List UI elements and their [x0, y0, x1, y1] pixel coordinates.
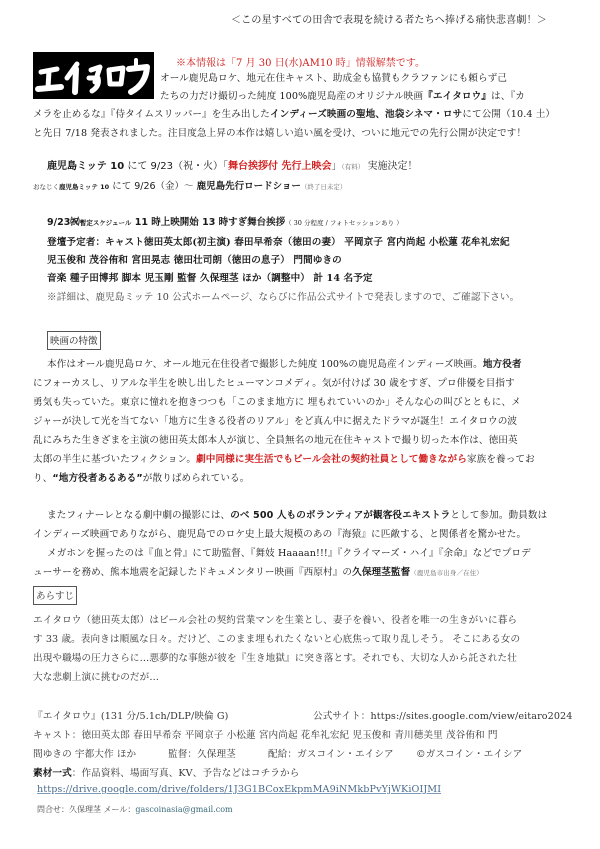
features-p1-line-6: 太郎の半生に基づいたフィクション。劇中同様に実生活でもビール会社の契約社員として… [33, 451, 535, 465]
guests-line-2: 児玉俊和 茂谷侑和 宮田晃志 徳田壮司朗（徳田の息子） 門間ゆきの [47, 252, 342, 266]
also-text: おなじく [33, 183, 59, 191]
theater-name: 鹿児島ミッテ 10 [47, 161, 124, 172]
features-p2-line-1: またフィナーレとなる劇中劇の撮影には、のべ 500 人ものボランティアが観客役エ… [47, 507, 547, 521]
intro-text: は、『カ [491, 91, 525, 102]
highlight-text: “地方役者あるある” [52, 473, 142, 484]
synopsis-heading: あらすじ [33, 586, 77, 605]
director-credit: 監督：久保理茎 [168, 746, 236, 760]
contact-line: 問合せ：久保理茎 メール：gascoinasia@gmail.com [37, 804, 233, 815]
paid-note: （有料） [342, 163, 365, 171]
highlight-text: 地方役者 [483, 359, 522, 370]
end-date-note: （終了日未定） [301, 183, 347, 191]
features-p1-line-4: ジャーが決して光を当てない「地方に生きる役者のリアル」をど真ん中に据えたドラマが… [33, 413, 517, 427]
schedule-note: （ 30 分程度 / フォトセッションあり ） [285, 219, 403, 227]
highlight-text: のべ 500 人ものボランティアが観客役エキストラ [230, 510, 450, 521]
contact-email-link[interactable]: gascoinasia@gmail.com [135, 805, 232, 814]
intro-line-2: たちの力だけ撮切った純度 100%鹿児島産のオリジナル映画『エイタロウ』は、『カ [160, 88, 525, 102]
venue-highlight: インディーズ映画の聖地、池袋シネマ・ロサ [270, 109, 462, 120]
intro-line-4: と先日 7/18 発表されました。注目度急上昇の本作は嬉しい追い風を受け、ついに… [33, 125, 526, 139]
features-p1-line-1: 本作はオール鹿児島ロケ、オール地元在住役者で撮影した純度 100%の鹿児島産イン… [47, 356, 522, 370]
cast-line-2: 間ゆきの 宇都大作 ほか [33, 746, 136, 760]
synopsis-line-2: す 33 歳。表向きは順風な日々。だけど、このまま埋もれたくないと心底焦って取り… [33, 631, 520, 645]
paragraph-text: り、 [33, 473, 52, 484]
synopsis-line-4: 大な悲劇上演に挑むのだが… [33, 669, 159, 683]
intro-line-1: オール鹿児島ロケ、地元在住キャスト、助成金も協賛もクラファンにも頼らず己 [160, 70, 507, 84]
guests-line-1: 登壇予定者：キャスト徳田英太郎(初主演) 春田早希奈（徳田の妻） 平岡京子 宮内… [47, 234, 510, 248]
materials-label: 素材一式 [33, 768, 72, 779]
schedule-times: 11 時上映開始 13 時すぎ舞台挨拶 [131, 217, 285, 228]
screening-line-2: おなじく鹿児島ミッテ 10 にて 9/26（金）～ 鹿児島先行ロードショー（終了… [33, 178, 346, 192]
roadshow-title: 鹿児島先行ロードショー [197, 181, 301, 192]
drive-link[interactable]: https://drive.google.com/drive/folders/1… [37, 784, 441, 795]
distributor-credit: 配給：ガスコイン・エイシア [268, 746, 394, 760]
cast-line-1: キャスト：徳田英太郎 春田早希奈 平岡京子 小松蓮 宮内尚起 花牟礼宏紀 児玉俊… [33, 727, 498, 741]
features-p3-line-2: ューサーを務め、熊本地震を記録したドキュメンタリー映画『西原村』の久保理茎監督（… [33, 564, 483, 578]
features-p1-line-2: にフォーカスし、リアルな半生を映し出したヒューマンコメディ。気が付けば 30 歳… [33, 375, 515, 389]
director-origin: （鹿児島市出身／在住） [410, 569, 483, 577]
synopsis-line-3: 出現や職場の圧力さらに…悪夢的な事態が彼を『生き地獄』に突き落とす。それでも、大… [33, 650, 517, 664]
intro-text: メラを止めるな』『侍タイムスリッパー』を生み出した [33, 109, 270, 120]
paragraph-text: またフィナーレとなる劇中劇の撮影には、 [47, 510, 230, 521]
screening-line-1: 鹿児島ミッテ 10 にて 9/23（祝・火）「舞台挨拶付 先行上映会」（有料） … [47, 157, 417, 172]
materials-line: 素材一式：作品資料、場面写真、KV、予告などはコチラから [33, 765, 299, 779]
theater-name: 鹿児島ミッテ 10 [59, 183, 109, 191]
official-site: 公式サイト：https://sites.google.com/view/eita… [313, 708, 572, 722]
premiere-event: 舞台挨拶付 先行上映会 [228, 161, 331, 172]
schedule-date: 9/23㈷ [47, 217, 80, 228]
intro-line-3: メラを止めるな』『侍タイムスリッパー』を生み出したインディーズ映画の聖地、池袋シ… [33, 106, 555, 120]
paragraph-text: が散りばめられている。 [143, 473, 250, 484]
paragraph-text: ューサーを務め、熊本地震を記録したドキュメンタリー映画『西原村』の [33, 567, 352, 578]
eitaro-title-logo [33, 52, 154, 99]
tagline: ＜この星すべての田舎で表現を続ける者たちへ捧げる痛快悲喜劇！＞ [231, 11, 547, 26]
schedule-line: 9/23㈷暫定スケジュール 11 時上映開始 13 時すぎ舞台挨拶（ 30 分程… [47, 214, 403, 228]
features-p1-line-3: 勇気も失っていた。東京に憧れを抱きつつも「このまま地方に 埋もれていいのか」そん… [33, 394, 521, 408]
logo-brush-icon [33, 52, 154, 99]
roadshow-date: にて 9/26（金）～ [109, 181, 196, 192]
guests-line-3: 音楽 種子田博邦 脚本 児玉剛 監督 久保理茎 ほか（調整中） 計 14 名予定 [47, 270, 373, 284]
features-p3-line-1: メガホンを握ったのは『血と骨』にて助監督、『舞妓 Haaaan!!!』『クライマ… [47, 545, 531, 559]
director-name: 久保理茎監督 [352, 567, 410, 578]
paragraph-text: 太郎の半生に基づいたフィクション。 [33, 454, 196, 465]
contact-label: 問合せ：久保理茎 メール： [37, 805, 135, 814]
official-site-link[interactable]: https://sites.google.com/view/eitaro2024 [371, 711, 573, 722]
details-note: ※詳細は、鹿児島ミッテ 10 公式ホームページ、ならびに作品公式サイトで発表しま… [47, 289, 519, 303]
film-specs: 『エイタロウ』(131 分/5.1ch/DLP/映倫 G) [33, 708, 228, 722]
film-title: 『エイタロウ』 [423, 91, 491, 102]
decision-text: 実施決定！ [364, 161, 417, 172]
features-p1-line-7: り、“地方役者あるある”が散りばめられている。 [33, 470, 249, 484]
site-label: 公式サイト： [313, 711, 371, 722]
tentative-label: 暫定スケジュール [80, 219, 132, 227]
embargo-notice: ※本情報は「7 月 30 日(水)AM10 時」情報解禁です。 [176, 54, 425, 69]
paragraph-text: 本作はオール鹿児島ロケ、オール地元在住役者で撮影した純度 100%の鹿児島産イン… [47, 359, 483, 370]
features-p2-line-2: インディーズ映画でありながら、鹿児島でのロケ史上最大規模のあの『海猿』に匹敵する… [33, 526, 526, 540]
screening-date: にて 9/23（祝・火）「 [124, 161, 228, 172]
features-p1-line-5: 乱にみちた生きざまを主演の徳田英太郎本人が演じ、全員無名の地元在住キャストで撮り… [33, 432, 518, 446]
synopsis-line-1: エイタロウ（徳田英太郎）はビール会社の契約営業マンを生業とし、妻子を養い、役者を… [33, 612, 517, 626]
copyright: ©ガスコイン・エイシア [416, 746, 522, 760]
features-heading: 映画の特徴 [47, 331, 101, 350]
materials-text: ：作品資料、場面写真、KV、予告などはコチラから [72, 768, 300, 779]
intro-text: にて公開（10.4 土） [462, 109, 555, 120]
paragraph-text: 家族を養ってお [467, 454, 535, 465]
red-highlight: 劇中同様に実生活でもビール会社の契約社員として働きながら [196, 454, 467, 465]
paragraph-text: として参加。動員数は [450, 510, 547, 521]
intro-text: たちの力だけ撮切った純度 100%鹿児島産のオリジナル映画 [160, 91, 423, 102]
bracket: 」 [332, 161, 342, 172]
